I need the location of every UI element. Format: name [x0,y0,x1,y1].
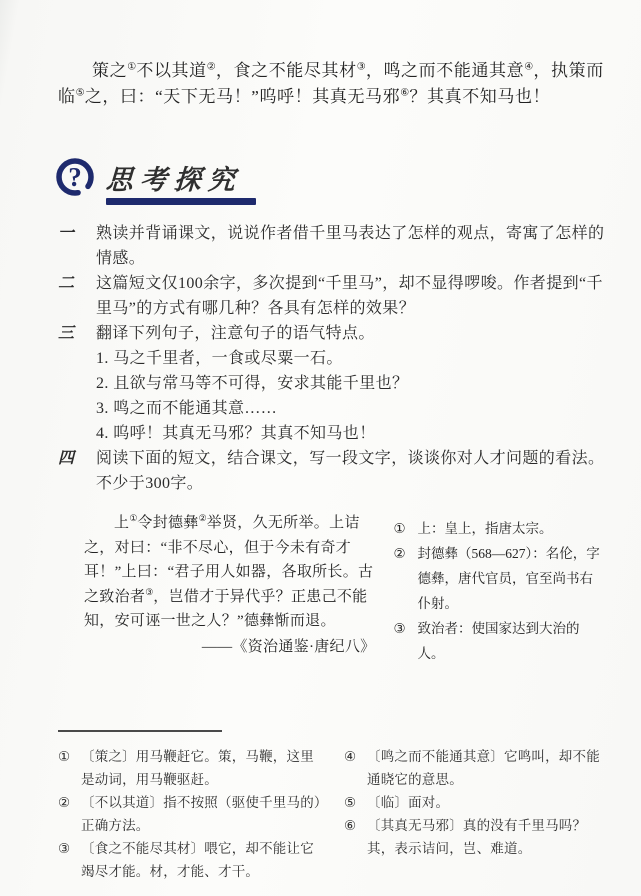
question-mark-circle-icon: ? [54,156,96,198]
passage-note: ③致治者：使国家达到大治的人。 [393,616,605,666]
footnote: ①〔策之〕用马鞭赶它。策，马鞭，这里是动词，用马鞭驱赶。 [58,745,324,791]
passage-note-number: ② [393,541,417,616]
passage-text-column: 上①令封德彝②举贤，久无所举。上诘之，对曰：“非不尽心，但于今未有奇才耳！”上曰… [84,511,377,666]
passage-note-number: ③ [393,616,417,666]
footnote: ⑤〔临〕面对。 [344,791,605,814]
footnote-number: ① [58,745,81,791]
question-item: 四阅读下面的短文，结合课文，写一段文字，谈谈你对人才问题的看法。不少于300字。 [58,446,605,496]
footnote: ④〔鸣之而不能通其意〕它鸣叫，却不能通晓它的意思。 [344,745,605,791]
question-text: 熟读并背诵课文，说说作者借千里马表达了怎样的观点，寄寓了怎样的情感。 [96,221,605,271]
question-text: 阅读下面的短文，结合课文，写一段文字，谈谈你对人才问题的看法。不少于300字。 [96,446,605,496]
question-text: 这篇短文仅100余字，多次提到“千里马”，却不显得啰唆。作者提到“千里马”的方式… [96,271,605,321]
footnotes-right-column: ④〔鸣之而不能通其意〕它鸣叫，却不能通晓它的意思。⑤〔临〕面对。⑥〔其真无马邪〕… [344,745,605,883]
passage-note-number: ① [393,516,417,541]
textbook-page: 策之①不以其道②，食之不能尽其材③，鸣之而不能通其意④，执策而临⑤之，曰：“天下… [0,0,641,896]
footnote: ②〔不以其道〕指不按照（驱使千里马的）正确方法。 [58,791,324,837]
question-body: 翻译下列句子，注意句子的语气特点。1. 马之千里者，一食或尽粟一石。2. 且欲与… [96,321,605,446]
footnote-number: ④ [344,745,367,791]
passage-attribution: ——《资治通鉴·唐纪八》 [84,635,377,660]
question-number: 三 [58,321,96,446]
footnote-separator [58,730,222,732]
question-body: 阅读下面的短文，结合课文，写一段文字，谈谈你对人才问题的看法。不少于300字。 [96,446,605,496]
section-title: 思考探究 [105,158,243,197]
question-text: 翻译下列句子，注意句子的语气特点。 [96,321,605,346]
title-underline [106,198,256,205]
question-body: 这篇短文仅100余字，多次提到“千里马”，却不显得啰唆。作者提到“千里马”的方式… [96,271,605,321]
footnote-number: ③ [58,837,81,883]
footnote-number: ⑥ [344,814,367,860]
passage-note: ①上：皇上，指唐太宗。 [393,516,605,541]
footnote-text: 〔策之〕用马鞭赶它。策，马鞭，这里是动词，用马鞭驱赶。 [81,745,324,791]
question-subitem: 4. 呜呼！其真无马邪？其真不知马也！ [96,421,605,446]
passage-note: ②封德彝（568—627）：名伦，字德彝，唐代官员，官至尚书右仆射。 [393,541,605,616]
footnote: ⑥〔其真无马邪〕真的没有千里马吗？其，表示诘问，岂、难道。 [344,814,605,860]
question-body: 熟读并背诵课文，说说作者借千里马表达了怎样的观点，寄寓了怎样的情感。 [96,221,605,271]
section-title-wrap: 思考探究 [106,156,256,205]
passage-note-text: 封德彝（568—627）：名伦，字德彝，唐代官员，官至尚书右仆射。 [417,541,605,616]
question-subitem: 1. 马之千里者，一食或尽粟一石。 [96,346,605,371]
footnote-number: ② [58,791,81,837]
question-subitem: 3. 鸣之而不能通其意…… [96,396,605,421]
section-header: ? 思考探究 [54,156,605,205]
passage-note-text: 上：皇上，指唐太宗。 [417,516,605,541]
footnote-text: 〔食之不能尽其材〕喂它，却不能让它竭尽才能。材，才能、才干。 [81,837,324,883]
footnote-text: 〔不以其道〕指不按照（驱使千里马的）正确方法。 [81,791,324,837]
footnote-text: 〔临〕面对。 [367,791,605,814]
footnotes-left-column: ①〔策之〕用马鞭赶它。策，马鞭，这里是动词，用马鞭驱赶。②〔不以其道〕指不按照（… [58,745,324,883]
question-item: 一熟读并背诵课文，说说作者借千里马表达了怎样的观点，寄寓了怎样的情感。 [58,221,605,271]
passage-note-text: 致治者：使国家达到大治的人。 [417,616,605,666]
question-item: 三翻译下列句子，注意句子的语气特点。1. 马之千里者，一食或尽粟一石。2. 且欲… [58,321,605,446]
lesson-text-paragraph: 策之①不以其道②，食之不能尽其材③，鸣之而不能通其意④，执策而临⑤之，曰：“天下… [58,58,605,110]
footnote: ③〔食之不能尽其材〕喂它，却不能让它竭尽才能。材，才能、才干。 [58,837,324,883]
question-mark-glyph: ? [68,162,82,192]
reading-passage-section: 上①令封德彝②举贤，久无所举。上诘之，对曰：“非不尽心，但于今未有奇才耳！”上曰… [58,511,605,666]
question-number: 四 [58,446,96,496]
passage-notes-column: ①上：皇上，指唐太宗。②封德彝（568—627）：名伦，字德彝，唐代官员，官至尚… [393,511,605,666]
question-number: 一 [58,221,96,271]
footnotes-section: ①〔策之〕用马鞭赶它。策，马鞭，这里是动词，用马鞭驱赶。②〔不以其道〕指不按照（… [58,745,605,883]
footnote-text: 〔鸣之而不能通其意〕它鸣叫，却不能通晓它的意思。 [367,745,605,791]
footnote-text: 〔其真无马邪〕真的没有千里马吗？其，表示诘问，岂、难道。 [367,814,605,860]
question-item: 二这篇短文仅100余字，多次提到“千里马”，却不显得啰唆。作者提到“千里马”的方… [58,271,605,321]
question-subitem: 2. 且欲与常马等不可得，安求其能千里也？ [96,371,605,396]
footnote-number: ⑤ [344,791,367,814]
question-number: 二 [58,271,96,321]
question-list: 一熟读并背诵课文，说说作者借千里马表达了怎样的观点，寄寓了怎样的情感。二这篇短文… [58,221,605,496]
passage-text: 上①令封德彝②举贤，久无所举。上诘之，对曰：“非不尽心，但于今未有奇才耳！”上曰… [84,511,377,634]
